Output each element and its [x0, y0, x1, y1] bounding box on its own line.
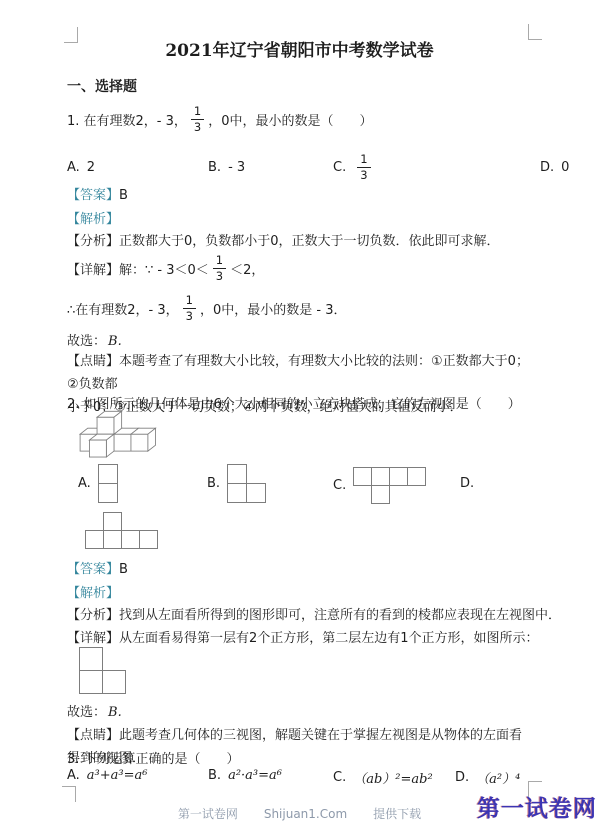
- left-view-shape: [79, 647, 126, 694]
- analysis-label: 【分析】: [67, 608, 119, 623]
- note-label: 【点睛】: [67, 354, 119, 369]
- footer-site-name: 第一试卷网: [178, 807, 238, 821]
- option-label: C.: [333, 160, 346, 175]
- option-label: B.: [208, 768, 221, 783]
- left-view-figure: [79, 647, 126, 698]
- q1-conclusion-line: ∴在有理数2，- 3， 1 3 ，0中，最小的数是 - 3．: [67, 289, 346, 327]
- answer-value: B: [119, 562, 128, 577]
- cube-stack-drawing: [64, 410, 164, 460]
- q2-detail-line: 【详解】从左面看易得第一层有2个正方形，第二层左边有1个正方形，如图所示：: [67, 627, 539, 646]
- option-label: A.: [78, 476, 91, 491]
- fraction-one-third: 1 3: [357, 153, 370, 180]
- q3-option-a: A. a³+a³=a⁶: [67, 768, 147, 783]
- q3-option-b: B. a²·a³=a⁶: [208, 768, 282, 783]
- explain-label: 【解析】: [67, 212, 119, 227]
- q1-option-c: C. 1 3: [333, 148, 375, 186]
- footer-site-url[interactable]: Shijuan1.Com: [264, 807, 347, 821]
- detail-text: 从左面看易得第一层有2个正方形，第二层左边有1个正方形，如图所示：: [119, 631, 539, 646]
- q1-option-b: B. - 3: [208, 148, 245, 186]
- note-label: 【点睛】: [67, 728, 119, 743]
- option-formula: a³+a³=a⁶: [87, 768, 148, 783]
- detail-pre: 解：∵ - 3＜0＜: [119, 259, 209, 278]
- q3-option-d: D. （a²）⁴: [455, 768, 520, 787]
- q1-analysis-line: 【分析】正数都大于0，负数都小于0，正数大于一切负数．依此即可求解．: [67, 230, 500, 249]
- detail-post: ＜2，: [230, 259, 264, 278]
- answer-label: 【答案】: [67, 188, 119, 203]
- option-label: D.: [455, 770, 469, 785]
- q2-analysis-line: 【分析】找到从左面看所得到的图形即可，注意所有的看到的棱都应表现在左视图中．: [67, 604, 561, 623]
- option-label: B.: [208, 160, 221, 175]
- analysis-label: 【分析】: [67, 234, 119, 249]
- section-heading: 一、选择题: [67, 76, 137, 96]
- q1-option-d: D. 0: [540, 148, 569, 186]
- analysis-text: 找到从左面看所得到的图形即可，注意所有的看到的棱都应表现在左视图中．: [119, 608, 561, 623]
- fraction-one-third: 1 3: [183, 294, 196, 321]
- q2-option-c: C.: [333, 465, 426, 505]
- q1-stem-post: ，0中，最小的数是（ ）: [208, 110, 372, 129]
- choose-label: 故选：: [67, 334, 106, 349]
- analysis-text: 正数都大于0，负数都小于0，正数大于一切负数．依此即可求解．: [119, 234, 500, 249]
- option-value: 2: [87, 160, 95, 175]
- q1-detail-line: 【详解】 解：∵ - 3＜0＜ 1 3 ＜2，: [67, 249, 264, 287]
- option-formula: a²·a³=a⁶: [228, 768, 282, 783]
- detail-label: 【详解】: [67, 631, 119, 646]
- option-value: 0: [561, 160, 569, 175]
- q2-answer-line: 【答案】B: [67, 558, 128, 577]
- q2-explain-line: 【解析】: [67, 582, 119, 601]
- detail-label: 【详解】: [67, 259, 119, 278]
- footer-download-text: 提供下载: [373, 807, 421, 821]
- geometric-solid-figure: [64, 410, 164, 460]
- choose-label: 故选：: [67, 705, 106, 720]
- answer-label: 【答案】: [67, 562, 119, 577]
- option-formula: （ab）²=ab²: [353, 768, 432, 787]
- site-watermark: 第一试卷网: [477, 790, 597, 823]
- q1-option-a: A. 2: [67, 148, 95, 186]
- view-shape-c: [353, 467, 426, 504]
- q2-option-b: B.: [207, 462, 266, 504]
- option-label: A.: [67, 160, 80, 175]
- exam-paper-page: { "document": { "title": "2021年辽宁省朝阳市中考数…: [0, 0, 599, 829]
- q3-option-c: C. （ab）²=ab²: [333, 768, 433, 787]
- q1-stem-pre: 1. 在有理数2，- 3，: [67, 110, 187, 129]
- option-label: D.: [460, 476, 474, 491]
- fraction-one-third: 1 3: [191, 105, 204, 132]
- q2-option-d: D.: [460, 476, 481, 491]
- conclusion-post: ，0中，最小的数是 - 3．: [200, 299, 347, 318]
- view-shape-d: [85, 512, 158, 549]
- view-shape-a: [98, 464, 118, 503]
- choose-value: B.: [108, 334, 122, 349]
- q1-explain-line: 【解析】: [67, 208, 119, 227]
- q2-option-d-figure: [85, 512, 158, 553]
- option-value: - 3: [228, 160, 245, 175]
- answer-value: B: [119, 188, 128, 203]
- option-label: D.: [540, 160, 554, 175]
- conclusion-pre: ∴在有理数2，- 3，: [67, 299, 179, 318]
- question-3-stem: 3. 下列运算正确的是（ ）: [67, 748, 240, 767]
- page-title: 2021年辽宁省朝阳市中考数学试卷: [0, 36, 599, 61]
- choose-value: B.: [108, 705, 122, 720]
- option-label: C.: [333, 770, 346, 785]
- option-label: A.: [67, 768, 80, 783]
- option-label: C.: [333, 478, 346, 493]
- q1-choose-line: 故选：B.: [67, 330, 122, 349]
- fraction-one-third: 1 3: [213, 254, 226, 281]
- q2-option-a: A.: [78, 462, 118, 504]
- explain-label: 【解析】: [67, 586, 119, 601]
- question-1-stem: 1. 在有理数2，- 3， 1 3 ，0中，最小的数是（ ）: [67, 100, 373, 138]
- option-formula: （a²）⁴: [476, 768, 520, 787]
- crop-mark-bottom-left: [62, 786, 76, 802]
- q2-choose-line: 故选：B.: [67, 701, 122, 720]
- option-label: B.: [207, 476, 220, 491]
- q1-answer-line: 【答案】B: [67, 184, 128, 203]
- view-shape-b: [227, 464, 266, 503]
